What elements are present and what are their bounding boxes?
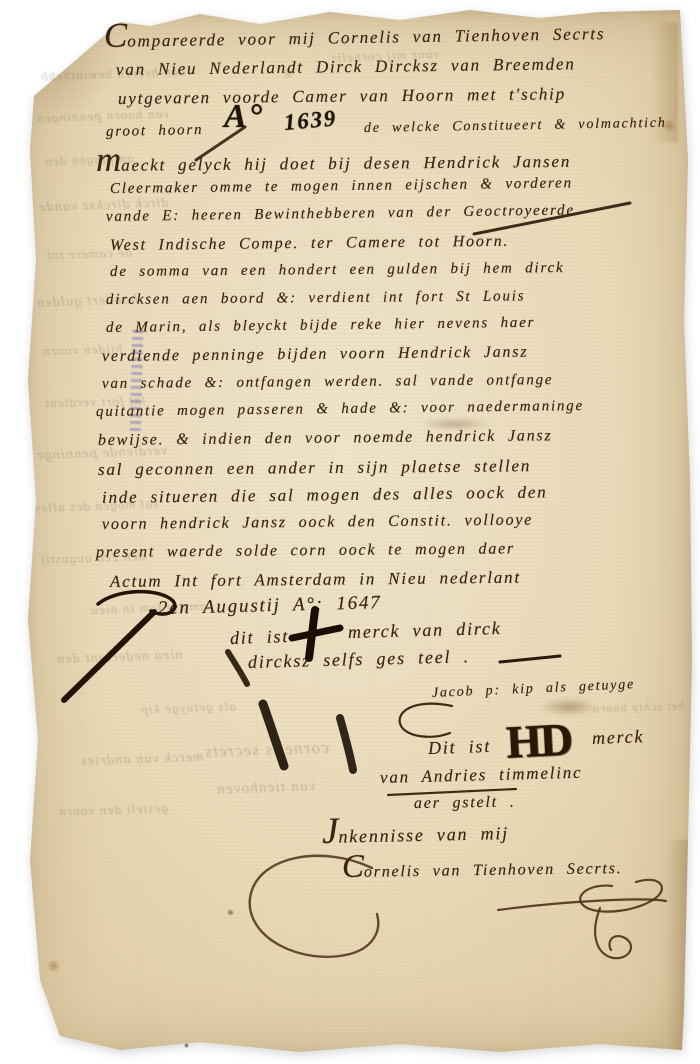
manuscript-page — [24, 10, 692, 1058]
foxing-right-edge — [652, 22, 678, 142]
stain — [184, 1043, 189, 1048]
stain — [282, 68, 295, 79]
hendrick-monogram-mark: HD — [505, 712, 573, 768]
stain — [46, 960, 61, 972]
edge-vignette — [24, 10, 692, 1058]
scan-area — [0, 0, 700, 1064]
stain — [227, 909, 234, 916]
ink-smudge — [420, 418, 490, 430]
